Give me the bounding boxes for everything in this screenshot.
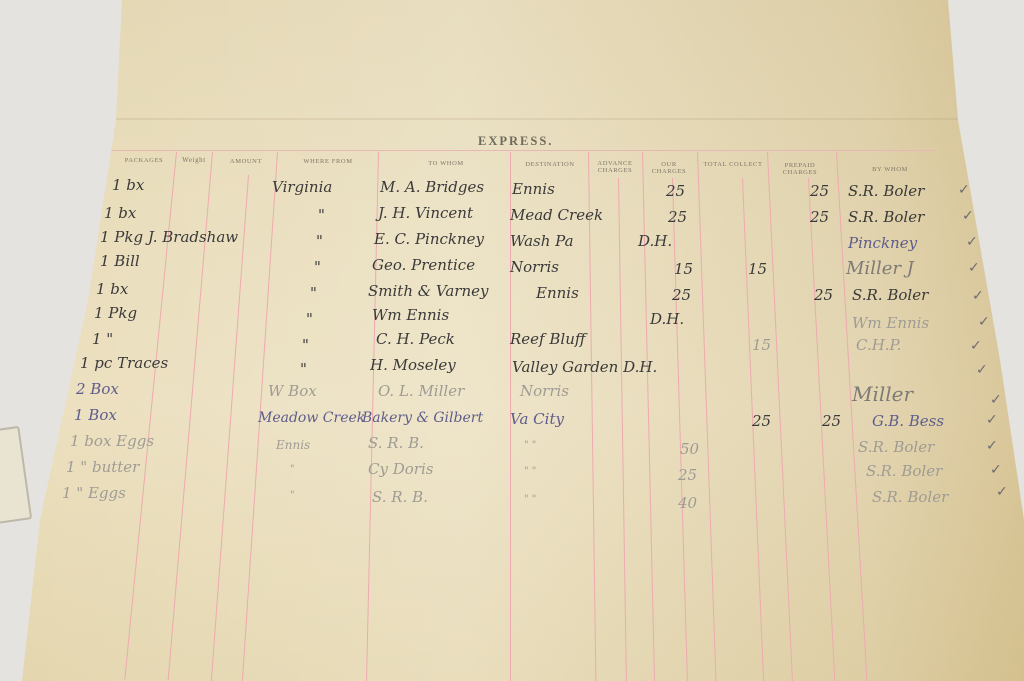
cell-prepaid-charges: 25 <box>822 412 841 430</box>
cell-by-whom: C.H.P. <box>856 336 901 354</box>
cell-to-whom: S. R. B. <box>372 488 428 506</box>
column-header-where-from: WHERE FROM <box>280 158 376 165</box>
cell-by-whom: S.R. Boler <box>858 438 934 456</box>
cell-packages: 1 bx <box>96 280 128 298</box>
cell-packages: 1 bx <box>112 176 144 194</box>
cell-where-from: " <box>300 360 307 378</box>
checkmark-icon: ✓ <box>970 338 982 354</box>
cell-by-whom: Pinckney <box>848 234 917 252</box>
cell-where-from: " <box>316 232 323 250</box>
cell-destination: Ennis <box>512 180 555 198</box>
cell-our-charges: D.H. <box>650 310 684 328</box>
cell-where-from: " <box>310 284 317 302</box>
checkmark-icon: ✓ <box>958 182 970 198</box>
cell-destination: " " <box>524 494 536 505</box>
cell-to-whom: Cy Doris <box>368 460 433 478</box>
cell-packages: 1 " Eggs <box>62 484 126 502</box>
checkmark-icon: ✓ <box>978 314 990 330</box>
cell-packages: 1 Box <box>74 406 117 424</box>
cell-packages: 1 Pkg <box>94 304 137 322</box>
cell-where-from: Ennis <box>276 438 310 452</box>
cell-where-from: Meadow Creek <box>258 410 365 426</box>
cell-our-charges: 25 <box>672 286 691 304</box>
cell-to-whom: E. C. Pinckney <box>374 230 484 248</box>
cell-our-charges: 15 <box>674 260 693 278</box>
cell-by-whom: Wm Ennis <box>852 314 929 332</box>
cell-our-charges: 25 <box>678 466 697 484</box>
page-title: EXPRESS. <box>478 134 553 149</box>
cell-to-whom: Wm Ennis <box>372 306 449 324</box>
cell-destination: " " <box>524 440 536 451</box>
cell-prepaid-charges: 25 <box>810 182 829 200</box>
cell-destination: Va City <box>510 410 564 428</box>
cell-our-charges: 40 <box>678 494 697 512</box>
cell-destination: Ennis <box>536 284 579 302</box>
rule-line <box>618 178 627 681</box>
cell-destination: Norris <box>510 258 559 276</box>
cell-destination: Norris <box>520 382 569 400</box>
checkmark-icon: ✓ <box>966 234 978 250</box>
ledger-page: EXPRESS. PACKAGES Weight AMOUNT WHERE FR… <box>0 0 1024 681</box>
column-header-by-whom: BY WHOM <box>850 166 930 173</box>
rule-line <box>588 152 597 681</box>
column-header-packages: PACKAGES <box>114 157 174 164</box>
column-header-weight: Weight <box>176 157 212 164</box>
rule-line <box>211 175 250 681</box>
checkmark-icon: ✓ <box>986 412 998 428</box>
cell-packages: 1 box Eggs <box>70 432 154 450</box>
checkmark-icon: ✓ <box>968 260 980 276</box>
cell-to-whom: M. A. Bridges <box>380 178 484 196</box>
cell-by-whom: S.R. Boler <box>848 208 924 226</box>
cell-where-from: " <box>306 310 313 328</box>
cell-packages: 2 Box <box>76 380 119 398</box>
cell-where-from: W Box <box>268 382 317 400</box>
cell-to-whom: J. H. Vincent <box>378 204 473 222</box>
column-header-to-whom: TO WHOM <box>382 160 510 167</box>
cell-packages: 1 " butter <box>66 458 139 476</box>
cell-where-from: " <box>290 490 295 501</box>
checkmark-icon: ✓ <box>996 484 1008 500</box>
cell-to-whom: S. R. B. <box>368 434 424 452</box>
background-card <box>0 426 32 528</box>
column-header-our-charges: OUR CHARGES <box>644 161 694 175</box>
cell-destination: " " <box>524 466 536 477</box>
cell-to-whom: O. L. Miller <box>378 382 464 400</box>
cell-where-from: " <box>290 464 295 475</box>
column-header-prepaid-charges: PREPAID CHARGES <box>772 162 828 176</box>
cell-destination: Reef Bluff <box>510 330 585 348</box>
cell-destination: Mead Creek <box>510 206 603 224</box>
cell-total-collect: 25 <box>752 412 771 430</box>
column-header-advance-charges: ADVANCE CHARGES <box>590 160 640 174</box>
header-rule <box>96 150 936 151</box>
column-header-amount: AMOUNT <box>222 158 270 165</box>
cell-by-whom: G.B. Bess <box>872 412 944 430</box>
checkmark-icon: ✓ <box>976 362 988 378</box>
checkmark-icon: ✓ <box>990 392 1002 408</box>
cell-our-charges: 50 <box>680 440 699 458</box>
cell-where-from: " <box>318 206 325 224</box>
cell-total-collect: 15 <box>748 260 767 278</box>
paper-fold <box>110 118 960 120</box>
cell-to-whom: C. H. Peck <box>376 330 455 348</box>
cell-prepaid-charges: 25 <box>814 286 833 304</box>
cell-packages: 1 bx <box>104 204 136 222</box>
column-header-total-collect: TOTAL COLLECT <box>702 161 764 168</box>
cell-packages: 1 Pkg J. Bradshaw <box>100 228 238 246</box>
cell-packages: 1 pc Traces <box>80 354 168 372</box>
cell-to-whom: Geo. Prentice <box>372 256 475 274</box>
cell-our-charges: 25 <box>668 208 687 226</box>
cell-to-whom: H. Moseley <box>370 356 456 374</box>
cell-by-whom: Miller J <box>846 258 914 279</box>
cell-by-whom: S.R. Boler <box>872 488 948 506</box>
cell-where-from: " <box>314 258 321 276</box>
rule-line <box>697 152 717 681</box>
cell-by-whom: S.R. Boler <box>848 182 924 200</box>
cell-prepaid-charges: 25 <box>810 208 829 226</box>
checkmark-icon: ✓ <box>986 438 998 454</box>
cell-our-charges: 25 <box>666 182 685 200</box>
cell-where-from: " <box>302 336 309 354</box>
cell-by-whom: Miller <box>852 382 913 406</box>
column-header-destination: DESTINATION <box>514 161 586 168</box>
cell-to-whom: Bakery & Gilbert <box>362 410 483 426</box>
cell-destination: Wash Pa <box>510 232 574 250</box>
cell-by-whom: S.R. Boler <box>852 286 928 304</box>
cell-total-collect: 15 <box>752 336 771 354</box>
cell-destination: Valley Garden D.H. <box>512 358 657 376</box>
rule-line <box>672 178 688 681</box>
checkmark-icon: ✓ <box>990 462 1002 478</box>
cell-packages: 1 Bill <box>100 252 140 270</box>
cell-to-whom: Smith & Varney <box>368 282 488 300</box>
checkmark-icon: ✓ <box>962 208 974 224</box>
checkmark-icon: ✓ <box>972 288 984 304</box>
cell-our-charges: D.H. <box>638 232 672 250</box>
cell-packages: 1 " <box>92 330 113 348</box>
cell-by-whom: S.R. Boler <box>866 462 942 480</box>
cell-where-from: Virginia <box>272 178 332 196</box>
